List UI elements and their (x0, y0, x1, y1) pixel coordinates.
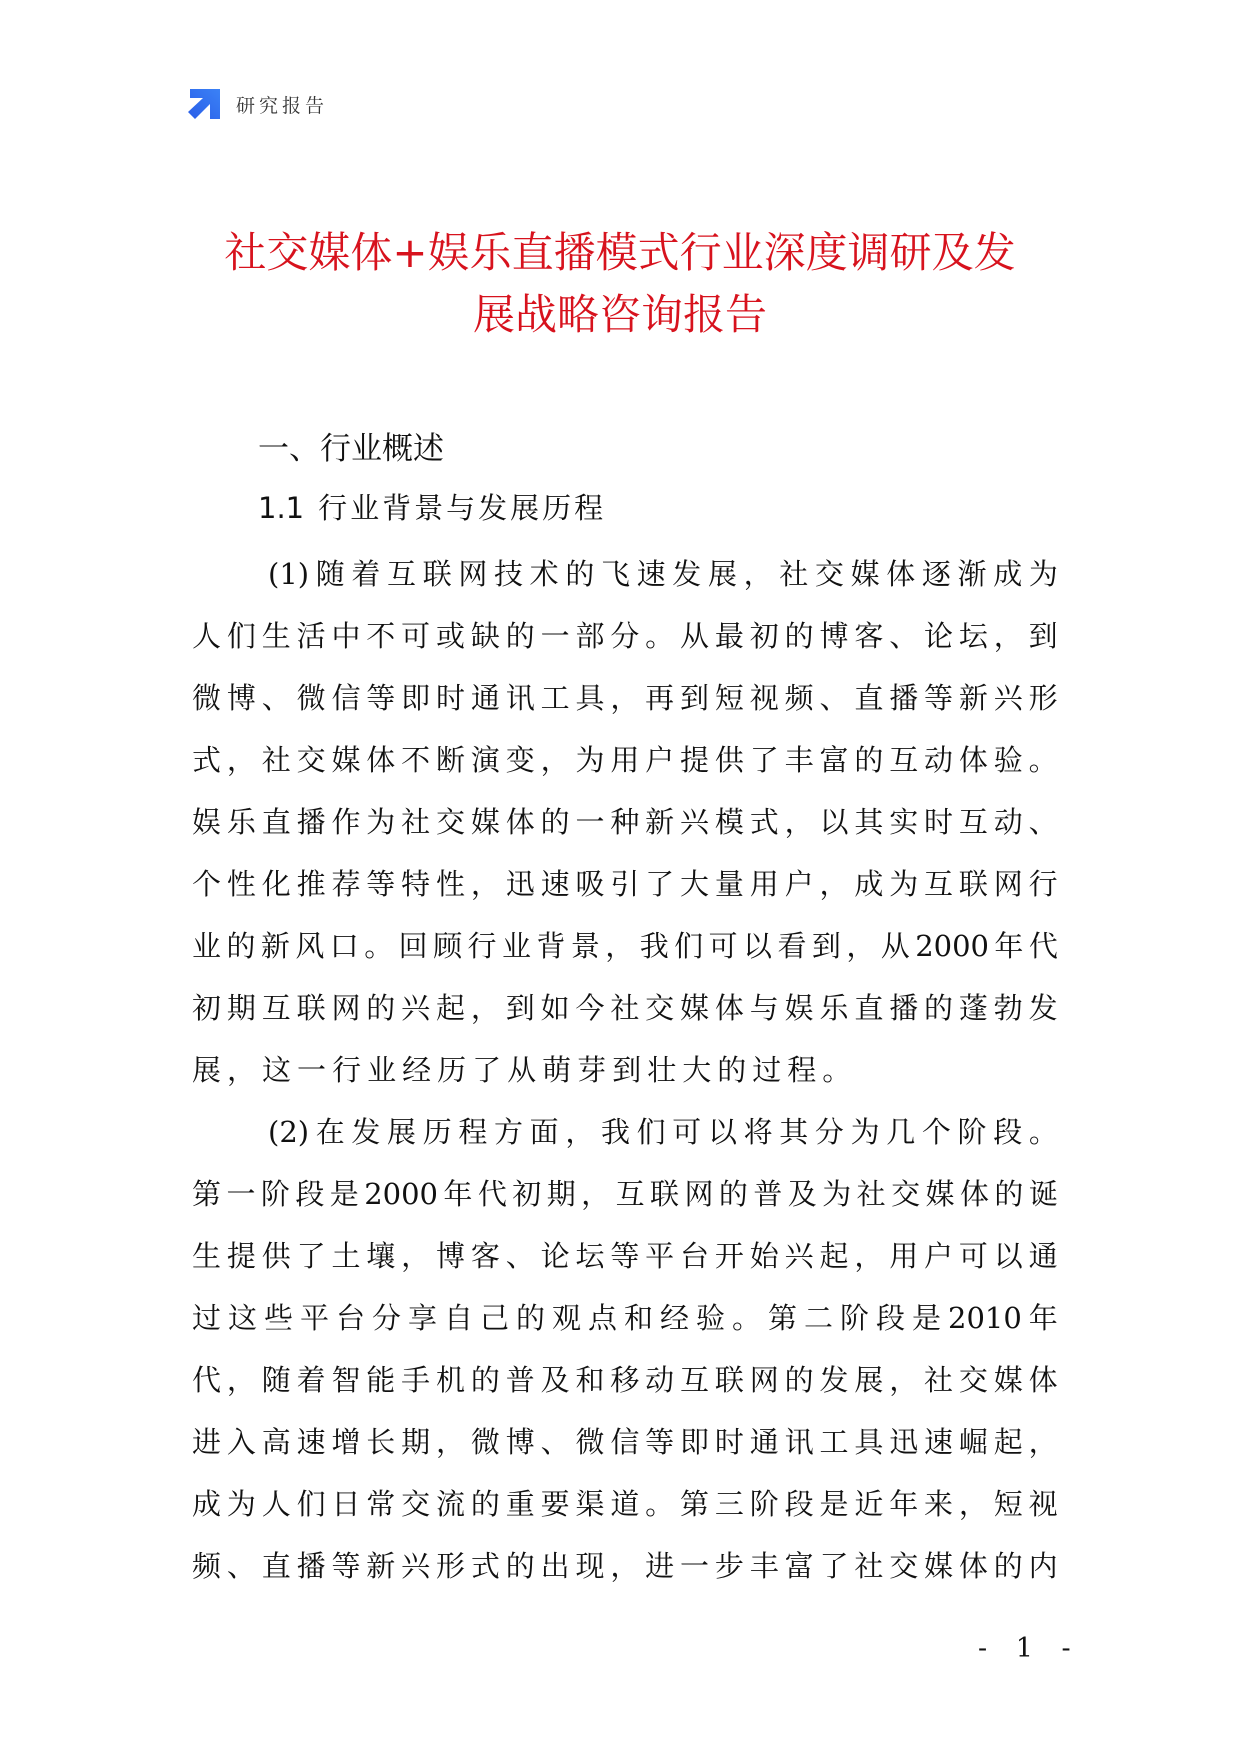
subsection-title: 行业背景与发展历程 (318, 491, 606, 525)
body-line: 第一阶段是2000年代初期，互联网的普及为社交媒体的诞 (192, 1163, 1058, 1225)
body-line: (1)随着互联网技术的飞速发展，社交媒体逐渐成为 (192, 543, 1058, 605)
body-text: (1)随着互联网技术的飞速发展，社交媒体逐渐成为人们生活中不可或缺的一部分。从最… (192, 543, 1058, 1597)
subsection-heading: 1.1行业背景与发展历程 (258, 486, 606, 527)
page-number: - 1 - (978, 1633, 1081, 1664)
document-title: 社交媒体+娱乐直播模式行业深度调研及发 展战略咨询报告 (150, 222, 1090, 346)
section-heading: 一、行业概述 (258, 423, 444, 468)
body-line: 进入高速增长期，微博、微信等即时通讯工具迅速崛起， (192, 1411, 1058, 1473)
body-line: 展，这一行业经历了从萌芽到壮大的过程。 (192, 1039, 1058, 1101)
body-line: 初期互联网的兴起，到如今社交媒体与娱乐直播的蓬勃发 (192, 977, 1058, 1039)
body-line: 业的新风口。回顾行业背景，我们可以看到，从2000年代 (192, 915, 1058, 977)
body-line: 频、直播等新兴形式的出现，进一步丰富了社交媒体的内 (192, 1535, 1058, 1597)
subsection-number: 1.1 (258, 491, 304, 525)
body-line: 过这些平台分享自己的观点和经验。第二阶段是2010年 (192, 1287, 1058, 1349)
body-line: (2)在发展历程方面，我们可以将其分为几个阶段。 (192, 1101, 1058, 1163)
body-line: 微博、微信等即时通讯工具，再到短视频、直播等新兴形 (192, 667, 1058, 729)
report-header: 研究报告 (188, 86, 328, 122)
title-line-2: 展战略咨询报告 (150, 284, 1090, 346)
body-line: 娱乐直播作为社交媒体的一种新兴模式，以其实时互动、 (192, 791, 1058, 853)
body-line: 成为人们日常交流的重要渠道。第三阶段是近年来，短视 (192, 1473, 1058, 1535)
arrow-up-right-icon (188, 87, 222, 121)
title-line-1: 社交媒体+娱乐直播模式行业深度调研及发 (150, 222, 1090, 284)
body-line: 生提供了土壤，博客、论坛等平台开始兴起，用户可以通 (192, 1225, 1058, 1287)
body-line: 代，随着智能手机的普及和移动互联网的发展，社交媒体 (192, 1349, 1058, 1411)
header-label: 研究报告 (236, 91, 328, 118)
body-line: 式，社交媒体不断演变，为用户提供了丰富的互动体验。 (192, 729, 1058, 791)
body-line: 个性化推荐等特性，迅速吸引了大量用户，成为互联网行 (192, 853, 1058, 915)
body-line: 人们生活中不可或缺的一部分。从最初的博客、论坛，到 (192, 605, 1058, 667)
